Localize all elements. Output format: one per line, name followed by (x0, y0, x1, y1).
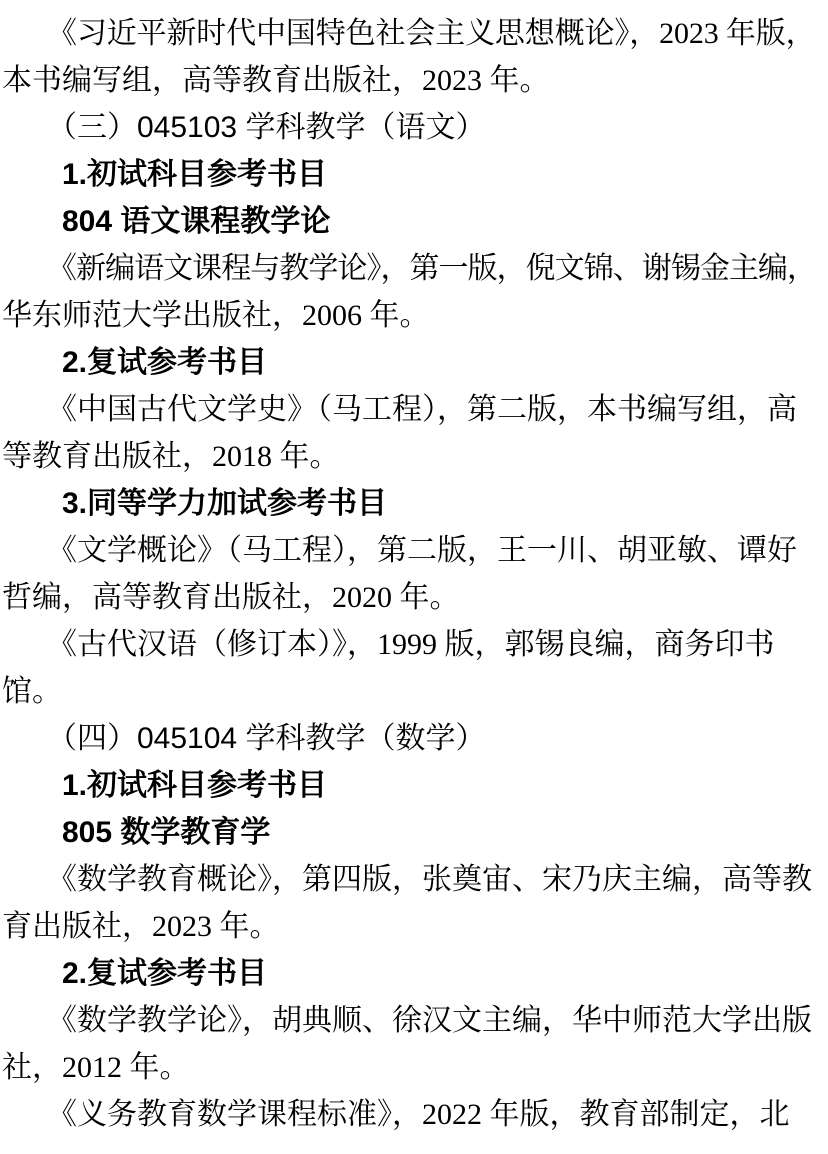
paragraph-line: 馆。 (2, 668, 816, 715)
paragraph-line: 《习近平新时代中国特色社会主义思想概论》，2023 年版， (2, 10, 816, 57)
paragraph-line: 《数学教育概论》，第四版，张奠宙、宋乃庆主编，高等教 (2, 856, 816, 903)
heading-line: 2.复试参考书目 (2, 339, 816, 386)
paragraph-line: 哲编，高等教育出版社，2020 年。 (2, 574, 816, 621)
paragraph-line: 育出版社，2023 年。 (2, 903, 816, 950)
paragraph-line: 《文学概论》（马工程），第二版，王一川、胡亚敏、谭好 (2, 527, 816, 574)
paragraph-line: 华东师范大学出版社，2006 年。 (2, 292, 816, 339)
paragraph-line: 《新编语文课程与教学论》，第一版，倪文锦、谢锡金主编， (2, 245, 816, 292)
section-title-line: （四）045104 学科教学（数学） (2, 715, 816, 762)
paragraph-line: 本书编写组，高等教育出版社，2023 年。 (2, 57, 816, 104)
heading-line: 2.复试参考书目 (2, 950, 816, 997)
document-page: 《习近平新时代中国特色社会主义思想概论》，2023 年版， 本书编写组，高等教育… (0, 0, 828, 1154)
paragraph-line: 社，2012 年。 (2, 1044, 816, 1091)
heading-line: 804 语文课程教学论 (2, 198, 816, 245)
paragraph-line: 《义务教育数学课程标准》，2022 年版，教育部制定，北 (2, 1091, 816, 1138)
heading-line: 1.初试科目参考书目 (2, 151, 816, 198)
heading-line: 805 数学教育学 (2, 809, 816, 856)
paragraph-line: 《中国古代文学史》（马工程），第二版，本书编写组，高 (2, 386, 816, 433)
paragraph-line: 等教育出版社，2018 年。 (2, 433, 816, 480)
paragraph-line: 《古代汉语（修订本）》，1999 版，郭锡良编，商务印书 (2, 621, 816, 668)
paragraph-line: 《数学教学论》，胡典顺、徐汉文主编，华中师范大学出版 (2, 997, 816, 1044)
section-title-line: （三）045103 学科教学（语文） (2, 104, 816, 151)
heading-line: 3.同等学力加试参考书目 (2, 480, 816, 527)
heading-line: 1.初试科目参考书目 (2, 762, 816, 809)
